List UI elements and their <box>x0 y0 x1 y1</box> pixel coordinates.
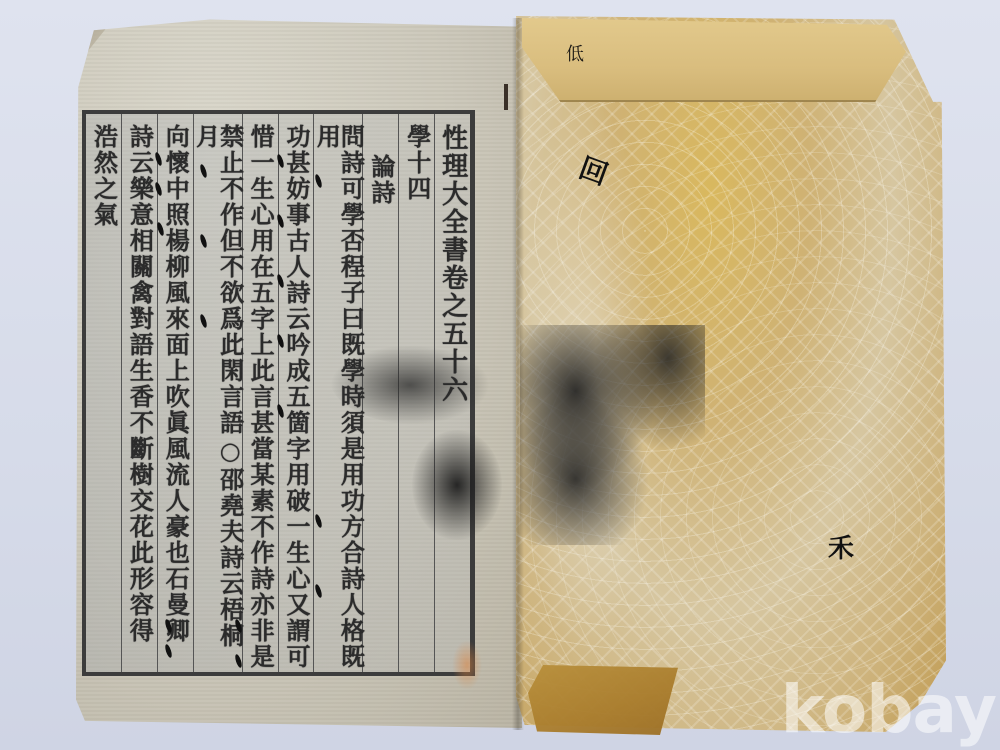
ink-stain-cover <box>520 325 705 545</box>
text-column: 禁止不作但不欲爲此閑言語○邵堯夫詩云梧桐月 <box>193 114 242 672</box>
ink-stain <box>412 430 502 540</box>
orange-smudge <box>452 640 482 690</box>
body-text: 浩然之氣 <box>91 114 115 672</box>
text-column: 功甚妨事古人詩云吟成五箇字用破一生心又謂可 <box>278 114 314 672</box>
text-column: 浩然之氣 <box>86 114 121 672</box>
repair-patch <box>528 665 678 735</box>
title-slip-inscription: 低 <box>566 40 584 66</box>
cover-mark: 禾 <box>828 528 854 565</box>
body-text: 惜一生心用在五字上此言甚當某素不作詩亦非是 <box>248 114 272 672</box>
body-text: 禁止不作但不欲爲此閑言語○邵堯夫詩云梧桐月 <box>194 114 242 672</box>
body-text: 功甚妨事古人詩云吟成五箇字用破一生心又謂可 <box>284 114 308 672</box>
watermark: kobay <box>781 671 996 748</box>
torn-corner <box>76 16 116 56</box>
binding-mark <box>504 84 508 110</box>
text-column: 向懷中照楊柳風來面上吹眞風流人豪也石曼卿 <box>157 114 193 672</box>
body-text: 詩云樂意相關禽對語生香不斷樹交花此形容得 <box>127 114 151 672</box>
book-photo: 性理大全書卷之五十六 學十四 論詩 問詩可學否程子曰既學時須是用功方合詩人格既用… <box>0 0 1000 750</box>
body-text: 向懷中照楊柳風來面上吹眞風流人豪也石曼卿 <box>163 114 187 672</box>
text-column: 詩云樂意相關禽對語生香不斷樹交花此形容得 <box>121 114 157 672</box>
text-column: 惜一生心用在五字上此言甚當某素不作詩亦非是 <box>242 114 278 672</box>
